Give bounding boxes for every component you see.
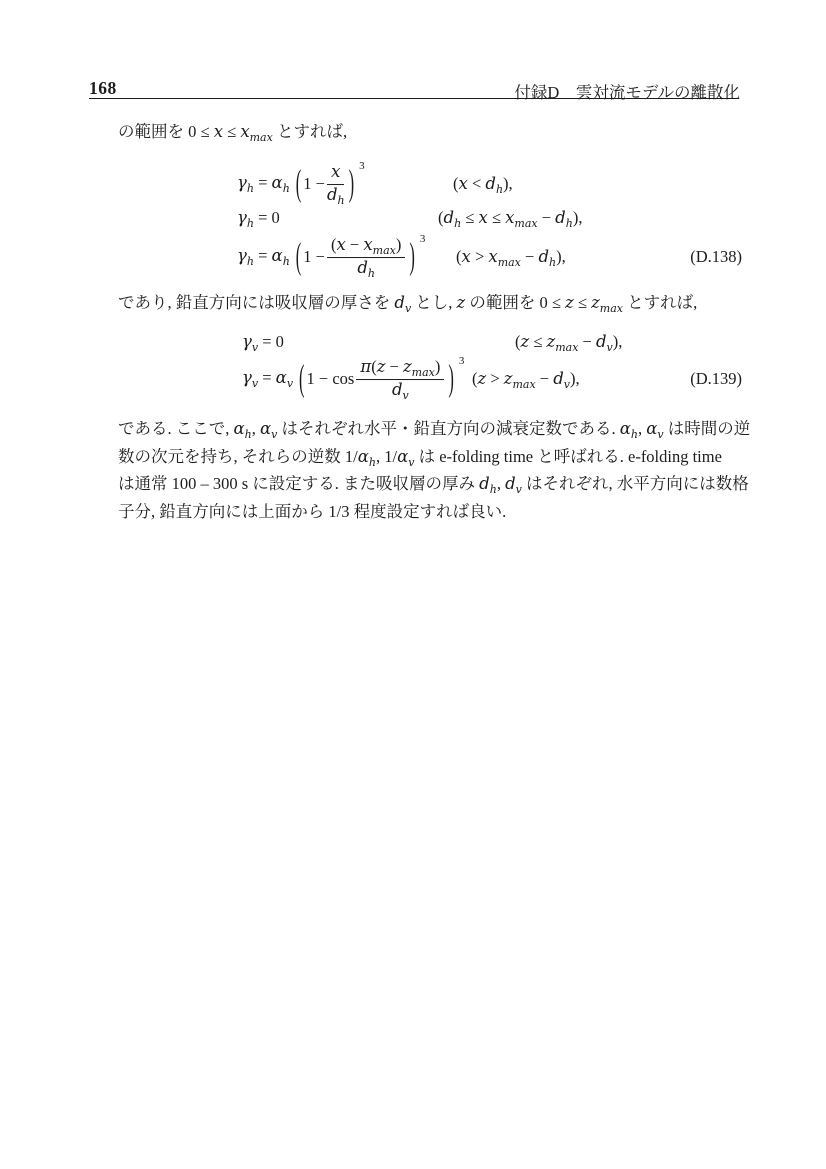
math-token: = [254,173,272,192]
math-token: の範囲を 0 ≤ [118,122,214,141]
math-token: ), [570,369,580,388]
math-token: ), [503,174,513,193]
math-token: α [234,419,245,438]
math-token: (1 − xdh)3 [294,163,365,205]
math-token: max [373,244,396,257]
equation-d139-line1: γv = 0 [242,332,284,352]
math-token: v [403,389,409,402]
math-token: ) [349,165,355,202]
math-token: であり, 鉛直方向には吸収層の厚さを [118,293,394,312]
math-token: α [620,419,631,438]
math-token: α [272,173,283,192]
equation-d139-line2: γv = αv(1 − cos π(z − zmax)dv)3 [242,358,464,400]
equation-d138-line1: γh = αh(1 − xdh)3 [237,163,365,205]
math-token: ≤ [574,293,591,312]
math-token: x [478,208,487,227]
math-token: ), [556,247,566,266]
math-token: とすれば, [273,122,347,141]
math-token: ), [573,208,583,227]
math-token: はそれぞれ水平・鉛直方向の減衰定数である. [277,419,619,438]
math-token: h [338,194,345,207]
math-token: < [468,174,486,193]
math-token: z [547,332,556,351]
math-token: dh [357,258,375,278]
math-token: の範囲を 0 ≤ [465,293,565,312]
math-token: x [214,122,223,141]
math-token: ≤ [488,208,505,227]
math-token: h [368,267,375,280]
math-token: h [247,255,254,268]
math-token: 1 − cos π(z − zmax)dv [307,358,447,400]
math-token: x [488,247,497,266]
math-token: , 1/ [376,447,397,466]
math-token: ) [448,360,454,397]
math-token: x [327,163,344,185]
math-token: (x − xmax)dh [327,236,405,278]
math-token: π(z − zmax)dv [356,358,444,400]
math-token: とし, [411,293,456,312]
equation-d138-condition3: (x > xmax − dh), [456,247,566,267]
math-token: z [591,293,600,312]
math-token: − [536,369,554,388]
math-token: > [471,247,489,266]
math-token: ( [296,165,302,202]
equation-d139-condition2: (z > zmax − dv), [472,369,580,389]
header-rule [89,98,739,99]
equation-number-d139: (D.139) [690,369,742,389]
math-token: h [566,217,573,230]
math-token: π [360,357,371,376]
math-token: ( [296,238,302,275]
math-token: α [276,368,287,387]
math-token: d [394,293,405,312]
math-token: x [331,162,340,181]
math-token: は時間の逆 [664,419,751,438]
equation-d138-line3: γh = αh(1 − (x − xmax)dh)3 [237,236,425,278]
math-token: max [512,378,535,391]
math-token: はそれぞれ, 水平方向には数格 [522,474,749,493]
math-token: , [497,474,505,493]
math-token: = [258,368,276,387]
math-token: d [392,380,403,399]
paragraph-line-2: 数の次元を持ち, それらの逆数 1/αh, 1/αv は e-folding t… [118,447,722,466]
math-token: xdh [327,163,345,205]
math-token: h [283,255,290,268]
math-token: π(z − zmax) [356,358,444,380]
math-token: 数の次元を持ち, それらの逆数 1/ [118,447,358,466]
math-token: α [272,246,283,265]
math-token: , [638,419,646,438]
document-page: 168 付録D 雲対流モデルの離散化 の範囲を 0 ≤ x ≤ xmax とすれ… [0,0,826,1169]
math-token: z [565,293,574,312]
math-token: = 0 [254,208,280,227]
math-token: h [490,483,497,496]
math-token: x [336,235,345,254]
math-token: ) [435,357,441,376]
math-token: 1 − (x − xmax)dh [303,236,407,278]
math-token: − [385,357,403,376]
paragraph-line-1: である. ここで, αh, αv はそれぞれ水平・鉛直方向の減衰定数である. α… [118,419,750,438]
equation-number-d138: (D.138) [690,247,742,267]
math-token: x [240,122,249,141]
math-token: γ [237,246,247,265]
math-token: α [260,419,271,438]
math-token: h [283,182,290,195]
header-title: 付録D 雲対流モデルの離散化 [514,79,740,103]
equation-d138-line2: γh = 0 [237,208,280,228]
math-token: max [250,131,273,144]
math-token: − [521,247,539,266]
math-token: (1 − cos π(z − zmax)dv)3 [297,358,464,400]
math-token: 1 − cos [307,369,355,389]
math-token: d [538,247,549,266]
math-token: d [596,332,607,351]
math-token: ), [613,332,623,351]
math-token: は e-folding time と呼ばれる. e-folding time [414,447,722,466]
math-token: γ [242,332,252,351]
math-token: α [397,447,408,466]
math-token: > [486,369,504,388]
math-token: d [357,258,368,277]
equation-d138-condition1: (x < dh), [453,174,513,194]
equation-d139-condition1: (z ≤ zmax − dv), [515,332,622,352]
math-token: 3 [459,355,465,368]
math-token: 3 [359,160,365,173]
math-token: h [369,456,376,469]
math-token: ≤ [223,122,240,141]
math-token: max [600,302,623,315]
math-token: d [505,474,516,493]
math-token: 子分, 鉛直方向には上面から 1/3 程度設定すれば良い. [118,502,506,521]
math-token: z [521,332,530,351]
math-token: d [327,185,338,204]
equation-d138-condition2: (dh ≤ x ≤ xmax − dh), [438,208,582,228]
math-token: は通常 100 – 300 s に設定する. また吸収層の厚み [118,474,479,493]
math-token: v [287,377,293,390]
math-token: γ [242,368,252,387]
math-token: d [479,474,490,493]
math-token: ≤ [529,332,546,351]
math-token: = [254,246,272,265]
math-token: γ [237,208,247,227]
math-token: ) [409,238,415,275]
math-token: max [514,217,537,230]
math-token: dv [392,380,409,400]
math-token: h [631,428,638,441]
math-token: h [245,428,252,441]
math-token: γ [237,173,247,192]
math-token: max [555,341,578,354]
math-token: 3 [420,233,426,246]
page-number: 168 [89,78,117,99]
math-token: − [538,208,556,227]
math-token: dh [327,185,345,205]
paragraph-line-4: 子分, 鉛直方向には上面から 1/3 程度設定すれば良い. [118,502,506,521]
math-token: max [412,366,435,379]
math-token: ( [299,360,305,397]
math-token: d [485,174,496,193]
math-token: h [247,182,254,195]
math-token: である. ここで, [118,419,234,438]
math-token: x [462,247,471,266]
math-token: x [459,174,468,193]
math-token: α [358,447,369,466]
math-token: h [496,183,503,196]
paragraph-line-3: は通常 100 – 300 s に設定する. また吸収層の厚み dh, dv は… [118,474,749,493]
math-token: z [478,369,487,388]
math-token: d [553,369,564,388]
between-line: であり, 鉛直方向には吸収層の厚さを dv とし, z の範囲を 0 ≤ z ≤… [118,293,697,312]
math-token: x [363,235,372,254]
math-token: (x − xmax) [327,236,405,258]
math-token: − [578,332,596,351]
math-token: 1 − xdh [303,163,346,205]
math-token: ) [396,235,402,254]
math-token: z [403,357,412,376]
math-token: d [555,208,566,227]
math-token: 1 − [303,247,325,267]
intro-line: の範囲を 0 ≤ x ≤ xmax とすれば, [118,122,347,141]
math-token: (1 − (x − xmax)dh)3 [294,236,426,278]
math-token: α [646,419,657,438]
math-token: x [505,208,514,227]
math-token: d [444,208,455,227]
math-token: , [252,419,260,438]
math-token: h [247,217,254,230]
math-token: = 0 [258,332,284,351]
math-token: 1 − [303,174,325,194]
math-token: とすれば, [623,293,697,312]
math-token: z [457,293,466,312]
math-token: max [498,256,521,269]
math-token: ≤ [461,208,478,227]
math-token: − [346,235,364,254]
